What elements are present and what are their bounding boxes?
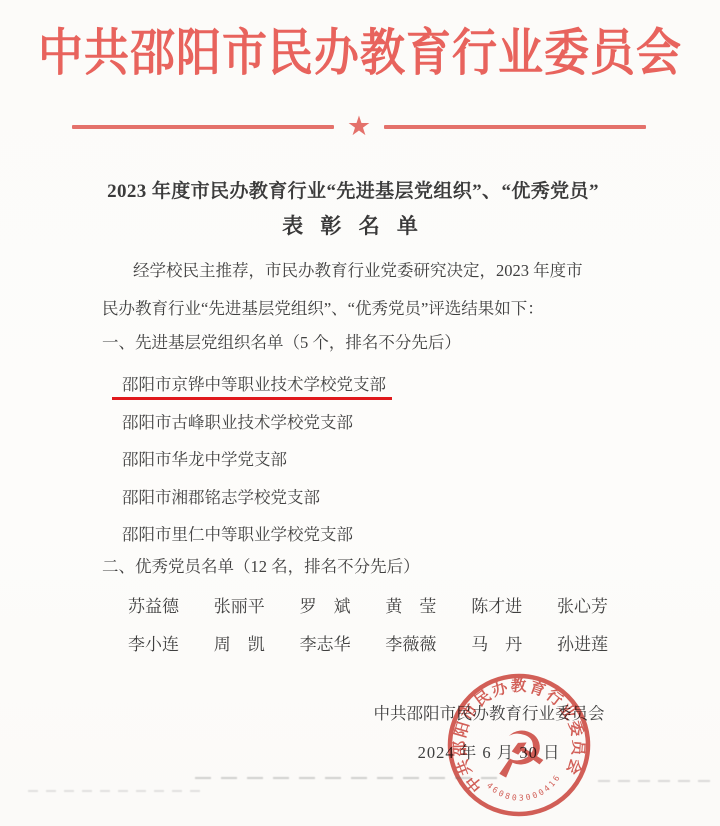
member-names-row: 苏益德 张丽平 罗 斌 黄 莹 陈才进 张心芳 [128, 592, 608, 617]
school-item: 邵阳市里仁中等职业学校党支部 [122, 516, 392, 554]
member-name: 李薇薇 [385, 630, 436, 655]
scan-artifact [28, 790, 203, 792]
member-name: 陈才进 [471, 592, 522, 617]
divider-line-left [72, 125, 334, 129]
awarded-school-underlined: 邵阳市京铧中等职业技术学校党支部 [112, 374, 392, 400]
member-name: 周 凯 [214, 630, 265, 655]
member-name: 孙进莲 [557, 630, 608, 655]
signature-block: 中共邵阳市民办教育行业委员会 2024 年 6 月 30 日 [368, 703, 610, 764]
member-name: 黄 莹 [385, 592, 436, 617]
school-list: 邵阳市京铧中等职业技术学校党支部 邵阳市古峰职业技术学校党支部 邵阳市华龙中学党… [122, 366, 392, 554]
member-name: 马 丹 [471, 630, 522, 655]
member-name: 李小连 [128, 630, 179, 655]
school-item: 邵阳市京铧中等职业技术学校党支部 [122, 366, 392, 404]
intro-paragraph: 经学校民主推荐，市民办教育行业党委研究决定，2023 年度市 民办教育行业“先进… [102, 252, 606, 328]
member-name: 张心芳 [557, 592, 608, 617]
member-name: 张丽平 [214, 592, 265, 617]
star-divider: ★ [72, 112, 646, 142]
intro-line-2: 民办教育行业“先进基层党组织”、“优秀党员”评选结果如下： [102, 290, 606, 328]
signature-issuer: 中共邵阳市民办教育行业委员会 [368, 703, 610, 725]
document-subtitle: 表 彰 名 单 [100, 210, 606, 240]
signature-date: 2024 年 6 月 30 日 [368, 742, 610, 764]
school-item: 邵阳市湘郡铭志学校党支部 [122, 479, 392, 517]
section-two-heading: 二、优秀党员名单（12 名，排名不分先后） [102, 553, 420, 577]
document-title: 2023 年度市民办教育行业“先进基层党组织”、“优秀党员” [100, 176, 606, 203]
member-names-row: 李小连 周 凯 李志华 李薇薇 马 丹 孙进莲 [128, 630, 608, 655]
star-icon: ★ [334, 113, 384, 140]
divider-line-right [384, 125, 646, 129]
member-name: 苏益德 [128, 592, 179, 617]
school-item: 邵阳市古峰职业技术学校党支部 [122, 404, 392, 442]
section-one-heading: 一、先进基层党组织名单（5 个，排名不分先后） [102, 329, 461, 353]
scan-artifact [195, 777, 500, 779]
school-item: 邵阳市华龙中学党支部 [122, 441, 392, 479]
letterhead-title: 中共邵阳市民办教育行业委员会 [0, 12, 720, 85]
scan-artifact [598, 780, 710, 782]
document-page: 中共邵阳市民办教育行业委员会 ★ 2023 年度市民办教育行业“先进基层党组织”… [0, 0, 720, 826]
intro-line-1: 经学校民主推荐，市民办教育行业党委研究决定，2023 年度市 [102, 252, 606, 290]
member-name: 罗 斌 [300, 592, 351, 617]
member-name: 李志华 [300, 630, 351, 655]
